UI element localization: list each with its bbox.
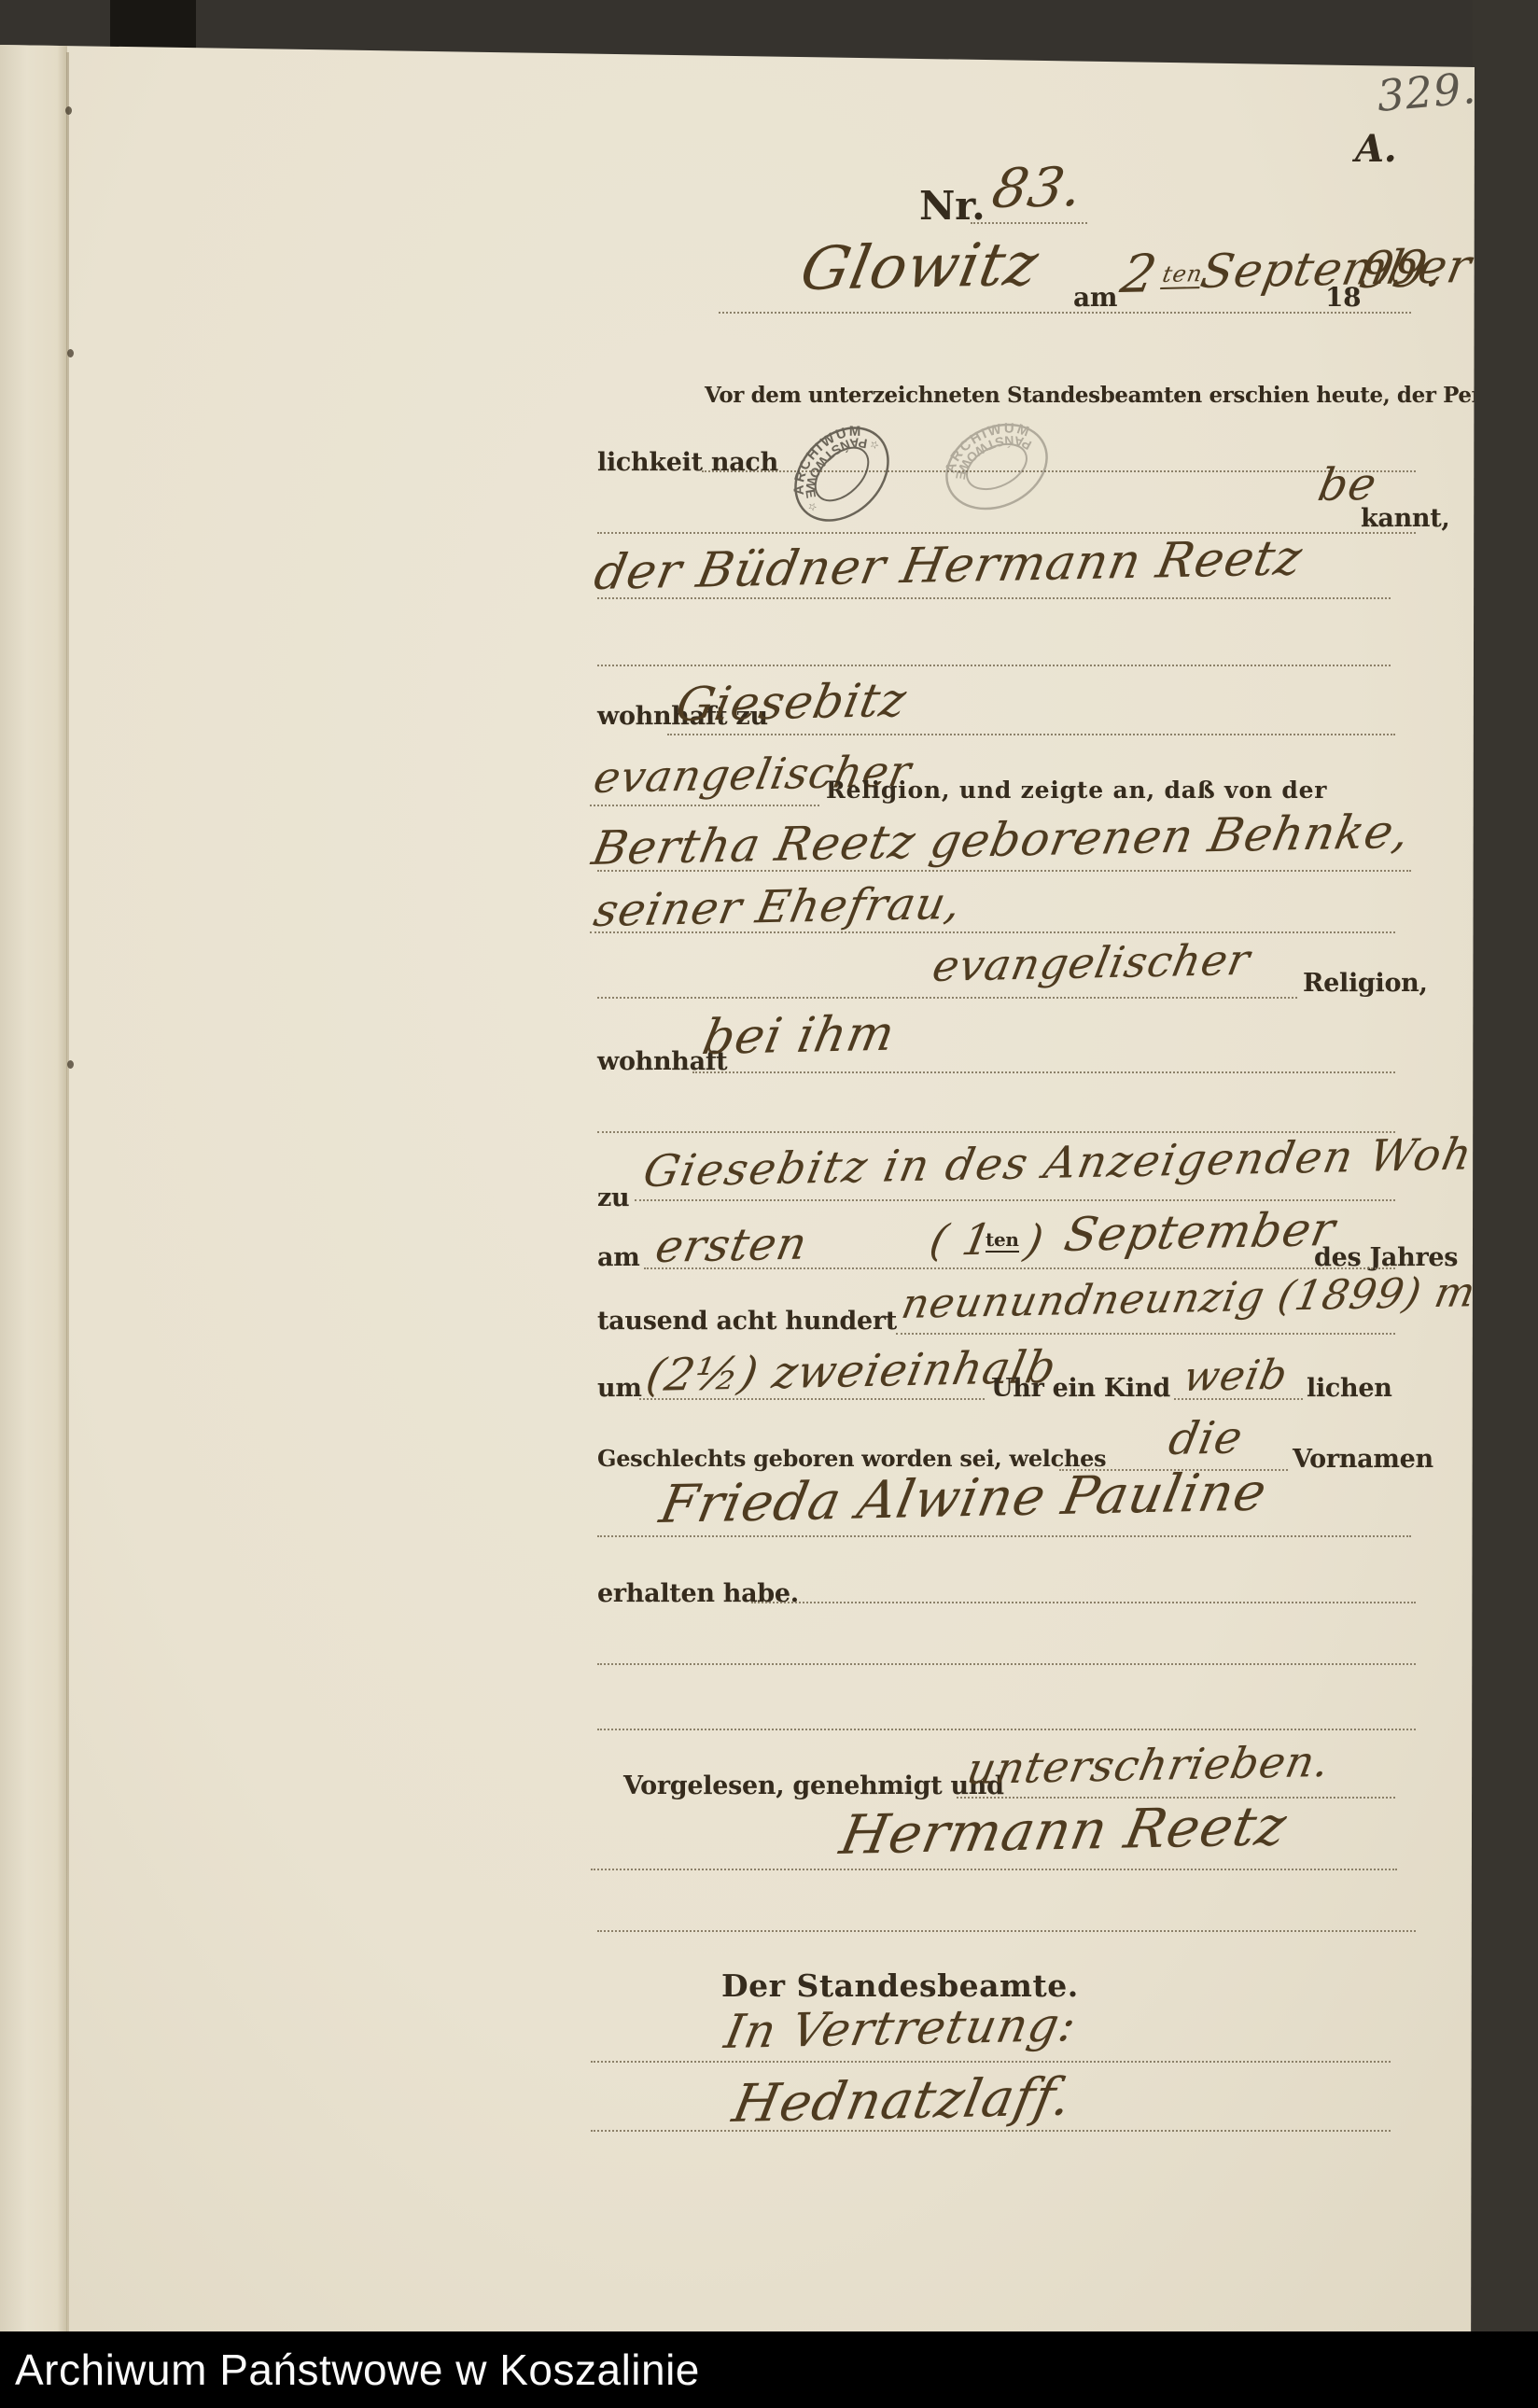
mother-relation: seiner Ehefrau, — [590, 877, 966, 937]
birthdate-day-suffix: ten — [986, 1228, 1019, 1253]
form-letter: A. — [1355, 127, 1396, 171]
dotted-line — [667, 734, 1395, 735]
religion-clause-printed: Religion, und zeigte an, daß von der — [826, 777, 1327, 804]
birthyear-printed: tausend acht hundert — [597, 1307, 897, 1336]
registrar-signature: Hednatzlaff. — [728, 2066, 1077, 2135]
binding-crease — [66, 52, 69, 2408]
dotted-line — [971, 222, 1087, 224]
dotted-line — [597, 1535, 1411, 1537]
dotted-line — [644, 1267, 1395, 1269]
residence-value: Giesebitz — [672, 673, 911, 732]
article-handwritten: die — [1165, 1411, 1248, 1465]
mother-religion: evangelischer — [929, 934, 1254, 991]
birthdate-month: September — [1060, 1202, 1340, 1262]
archive-page-number: 329. — [1375, 63, 1478, 121]
dotted-line — [597, 997, 1297, 999]
record-place: Glowitz — [795, 231, 1044, 304]
dotted-line — [597, 870, 1411, 872]
scanned-document-page: 329. A. Nr. 83. Glowitz am 2 ten Septemb… — [0, 0, 1538, 2408]
photo-backdrop-right — [1473, 0, 1538, 2408]
birthdate-day-word: ersten — [651, 1218, 812, 1273]
declarant-signature: Hermann Reetz — [835, 1794, 1293, 1867]
deputy-note: In Vertretung: — [720, 1997, 1081, 2059]
dotted-line — [896, 1333, 1395, 1335]
birthplace-label: zu — [597, 1183, 629, 1212]
birthtime-uhr-label: Uhr ein Kind — [991, 1374, 1170, 1403]
date-year: 99. — [1355, 239, 1449, 300]
intro-line1: Vor dem unterzeichneten Standesbeamten e… — [705, 383, 1538, 408]
birthplace-value: Giesebitz in des Anzeigenden Wohnung — [639, 1127, 1538, 1197]
intro-line2: lichkeit nach — [597, 448, 778, 477]
birthyear-handwritten: neunundneunzig (1899) morgens — [898, 1266, 1538, 1328]
date-am-label: am — [1073, 282, 1117, 313]
dotted-line — [591, 2061, 1391, 2063]
register-page-paper: 329. A. Nr. 83. Glowitz am 2 ten Septemb… — [0, 0, 1538, 2408]
stitch-hole — [67, 349, 74, 357]
archive-footer-text: Archiwum Państwowe w Koszalinie — [0, 2345, 700, 2395]
closing-handwritten: unterschrieben. — [963, 1736, 1335, 1794]
binding-gutter — [0, 37, 67, 2408]
dotted-line — [692, 1071, 1395, 1073]
date-day: 2 — [1116, 244, 1162, 305]
book-spine-gap — [110, 0, 196, 50]
received-printed: erhalten habe. — [597, 1579, 799, 1608]
dotted-line — [597, 1663, 1416, 1665]
closing-printed: Vorgelesen, genehmigt und — [623, 1771, 1004, 1800]
archive-stamp: ARCHIWUM PAŃSTWOWE ☆ ☆ — [756, 388, 928, 560]
dotted-line — [639, 1398, 985, 1400]
dotted-line — [590, 805, 819, 806]
stitch-hole — [67, 1060, 74, 1069]
dotted-line — [1174, 1398, 1303, 1400]
vornamen-label: Vornamen — [1293, 1445, 1433, 1474]
known-printed: kannt, — [1361, 504, 1450, 533]
dotted-line — [597, 1729, 1416, 1730]
birthdate-am-label: am — [597, 1243, 639, 1272]
birthtime-um-label: um — [597, 1374, 642, 1403]
child-names: Frieda Alwine Pauline — [655, 1462, 1272, 1535]
dotted-line — [635, 1199, 1395, 1201]
archive-footer-bar: Archiwum Państwowe w Koszalinie — [0, 2331, 1538, 2408]
dotted-line — [597, 1930, 1416, 1932]
child-sex-handwritten: weib — [1180, 1351, 1292, 1401]
mother-residence-value: bei ihm — [698, 1006, 900, 1066]
dotted-line — [597, 597, 1391, 599]
dotted-line — [591, 1869, 1397, 1870]
declarant-name: der Büdner Hermann Reetz — [590, 530, 1307, 601]
record-number-value: 83. — [987, 155, 1089, 220]
religion2-printed: Religion, — [1303, 969, 1428, 998]
birthdate-paren-close: ) — [1021, 1215, 1048, 1266]
stitch-hole — [65, 106, 72, 115]
dotted-line — [591, 2130, 1391, 2132]
dotted-line — [590, 931, 1395, 933]
dotted-line — [719, 312, 1411, 314]
archive-stamp-faint: ARCHIWUM PAŃSTWOWE — [914, 387, 1080, 545]
mother-name: Bertha Reetz geborenen Behnke, — [588, 805, 1415, 875]
dotted-line — [597, 665, 1391, 666]
dotted-line — [751, 1602, 1416, 1603]
child-sex-suffix: lichen — [1307, 1374, 1392, 1403]
